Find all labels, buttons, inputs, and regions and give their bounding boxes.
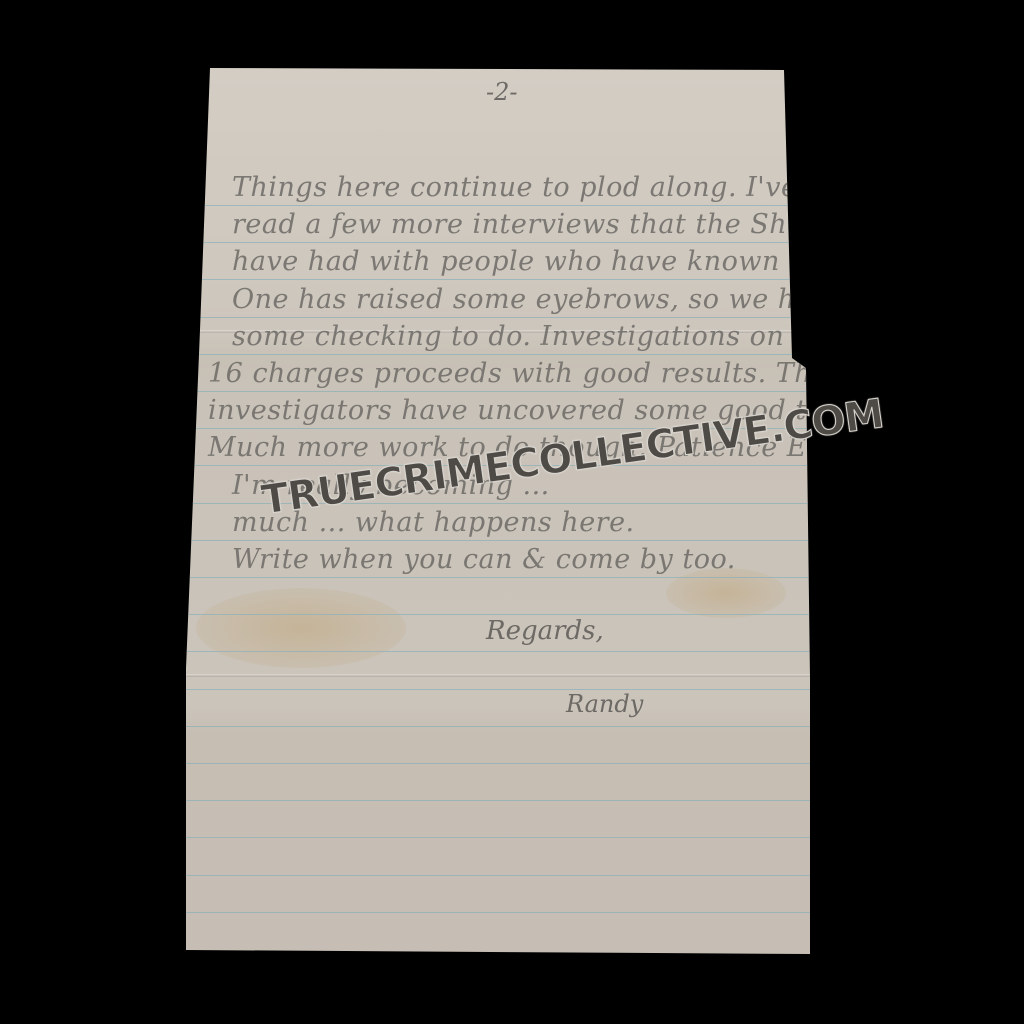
ruled-line — [186, 726, 810, 727]
letter-line: Write when you can & come by too. — [232, 544, 736, 575]
ruled-line — [186, 205, 810, 206]
ruled-line — [186, 242, 810, 243]
ruled-line — [186, 875, 810, 876]
ruled-line — [186, 317, 810, 318]
ruled-line — [186, 912, 810, 913]
letter-line: read a few more interviews that the Sher… — [232, 209, 862, 240]
ruled-line — [186, 763, 810, 764]
ruled-line — [186, 800, 810, 801]
stain — [666, 568, 786, 618]
ruled-line — [186, 837, 810, 838]
letter-line: Things here continue to plod along. I've — [232, 172, 797, 203]
stain — [196, 588, 406, 668]
letter-line: One has raised some eyebrows, so we have — [232, 284, 845, 315]
letter-line: some checking to do. Investigations on t… — [232, 321, 839, 352]
letter-signature: Randy — [566, 690, 643, 718]
letter-closing: Regards, — [486, 616, 604, 646]
letter-line: 16 charges proceeds with good results. T… — [208, 358, 829, 389]
ruled-line — [186, 540, 810, 541]
ruled-line — [186, 354, 810, 355]
photo-background: -2- Things here continue to plod along. … — [0, 0, 1024, 1024]
page-number: -2- — [486, 78, 518, 106]
ruled-line — [186, 689, 810, 690]
ruled-line — [186, 279, 810, 280]
letter-line: have had with people who have known me. — [232, 246, 841, 277]
ruled-line — [186, 391, 810, 392]
fold-line-lower — [186, 674, 810, 677]
ruled-line — [186, 651, 810, 652]
ruled-line — [186, 577, 810, 578]
